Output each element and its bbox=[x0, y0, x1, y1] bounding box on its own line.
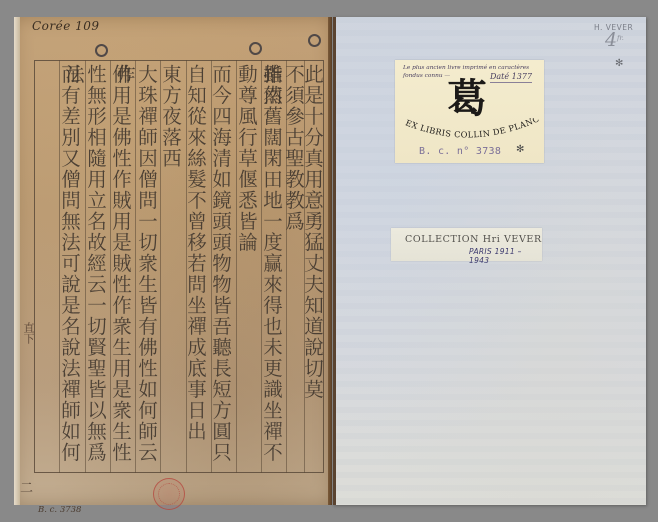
svg-text:EX LIBRIS COLLIN DE PLANCY: EX LIBRIS COLLIN DE PLANCY bbox=[395, 118, 541, 140]
text-column-2: 不須參古聖教教爲指南 bbox=[282, 64, 304, 234]
page-number: 二 bbox=[20, 477, 33, 496]
text-column-10: 性無形相隨用立名故經云一切賢聖皆以無爲法 bbox=[84, 64, 106, 474]
binding-hole-icon bbox=[249, 42, 262, 55]
text-column-5: 而今四海清如鏡頭頭物物皆吾聽長短方圓只 bbox=[209, 64, 231, 474]
text-column-3: 雖然舊闊閑田地一度赢來得也未更識坐禪不 bbox=[260, 64, 282, 474]
exlibris-bookplate: Le plus ancien livre imprimé en caractèr… bbox=[395, 60, 544, 163]
corner-note-number: 4 bbox=[605, 29, 617, 51]
binding-hole-icon bbox=[308, 34, 321, 47]
text-column-11: 而有差別又僧問無法可說是名說法禪師如何 bbox=[58, 64, 80, 474]
collection-label: COLLECTION Hri VEVER PARIS 1911 – 1943 bbox=[391, 228, 542, 261]
text-column-4: 動尊風行草偃悉皆論 bbox=[235, 64, 257, 314]
exlibris-seal-character: 葛 bbox=[447, 78, 487, 120]
binding-hole-icon bbox=[95, 44, 108, 57]
left-page-printed-text: Corée 109 此是十分真用意勇猛丈夫知道說切莫 不須參古聖教教爲指南 雖然… bbox=[14, 17, 332, 505]
handwritten-shelfmark: Corée 109 bbox=[32, 19, 100, 33]
library-stamp-icon bbox=[153, 478, 185, 510]
collection-title: COLLECTION Hri VEVER bbox=[405, 234, 542, 245]
asterisk-mark-icon: ✻ bbox=[615, 58, 623, 69]
image-viewer: Corée 109 此是十分真用意勇猛丈夫知道說切莫 不須參古聖教教爲指南 雖然… bbox=[0, 0, 658, 522]
text-column-7: 東方夜落西 bbox=[159, 64, 181, 204]
exlibris-shelfmark: B. c. n° 3738 bbox=[419, 146, 501, 157]
collection-subtitle: PARIS 1911 – 1943 bbox=[469, 247, 542, 265]
spine-edge bbox=[328, 17, 332, 505]
exlibris-date: Daté 1377 bbox=[490, 72, 532, 83]
text-column-9: 佛用是佛性作賊用是賊性作衆生用是衆生性 bbox=[109, 64, 131, 474]
margin-title: 直下 bbox=[20, 322, 36, 344]
text-column-8: 大珠禪師因僧問一切衆生皆有佛性如何師云作 bbox=[135, 64, 157, 474]
corner-note-sub: fr. bbox=[617, 34, 624, 42]
exlibris-star-icon: ✻ bbox=[516, 144, 524, 155]
right-page-cover: H. VEVER 4 fr. ✻ Le plus ancien livre im… bbox=[333, 17, 646, 505]
exlibris-legend-text: EX LIBRIS COLLIN DE PLANCY bbox=[395, 118, 541, 140]
bottom-shelfmark: B. c. 3738 bbox=[38, 505, 81, 515]
text-column-6: 自知從來絲髮不曾移若問坐禪成底事日出 bbox=[184, 64, 206, 474]
